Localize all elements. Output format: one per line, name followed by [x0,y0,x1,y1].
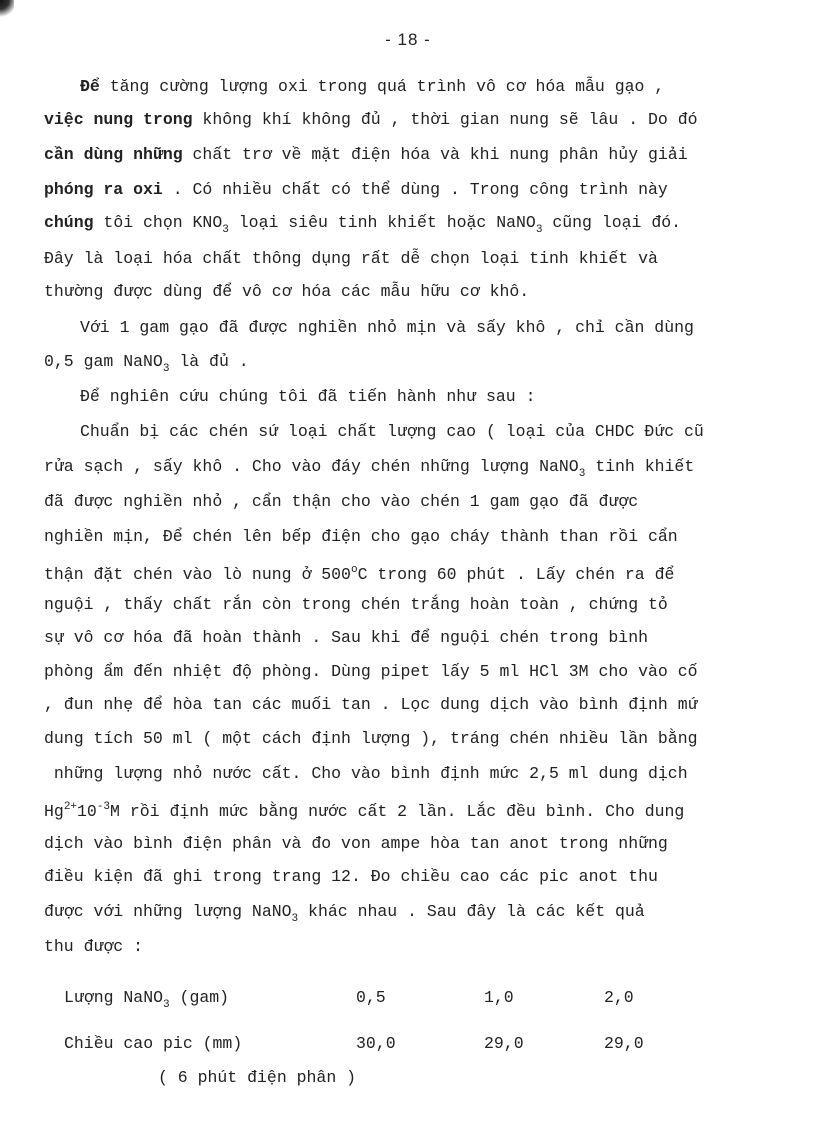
text-line: rửa sạch , sấy khô . Cho vào đáy chén nh… [44,457,694,484]
text-line: phòng ẩm đến nhiệt độ phòng. Dùng pipet … [44,662,698,682]
text-line: những lượng nhỏ nước cất. Cho vào bình đ… [44,764,688,784]
text: Đây là loại hóa chất thông dụng rất dễ c… [44,249,658,268]
text-line: nghiền mịn, Để chén lên bếp điện cho gạo… [44,527,678,547]
text-line: nguội , thấy chất rắn còn trong chén trắ… [44,595,668,615]
text: điều kiện đã ghi trong trang 12. Đo chiề… [44,867,658,886]
superscript: -3 [97,801,110,813]
text-line: dịch vào bình điện phân và đo von ampe h… [44,834,668,854]
text-line: chúng tôi chọn KNO3 loại siêu tinh khiết… [44,213,681,240]
text-line: Để nghiên cứu chúng tôi đã tiến hành như… [80,387,535,407]
row-label: Chiều cao pic (mm) [64,1034,242,1053]
text: được với những lượng NaNO [44,902,292,921]
text: nghiền mịn, Để chén lên bếp điện cho gạo… [44,527,678,546]
text-line: thu được : [44,937,143,957]
text: chất trơ về mặt điện hóa và khi nung phâ… [183,145,688,164]
text-line: sự vô cơ hóa đã hoàn thành . Sau khi để … [44,628,648,648]
text: dịch vào bình điện phân và đo von ampe h… [44,834,668,853]
text: C trong 60 phút . Lấy chén ra để [358,565,675,584]
text: Chuẩn bị các chén sứ loại chất lượng cao… [80,422,704,441]
text: . Có nhiều chất có thể dùng . Trong công… [163,180,668,199]
text: thận đặt chén vào lò nung ở 500 [44,565,351,584]
text: M rồi định mức bằng nước cất 2 lần. Lắc … [110,802,684,821]
text: thường được dùng để vô cơ hóa các mẫu hữ… [44,282,529,301]
table-note: ( 6 phút điện phân ) [158,1068,356,1087]
text-line: phóng ra oxi . Có nhiều chất có thể dùng… [44,180,668,200]
superscript: o [351,564,358,576]
text: nguội , thấy chất rắn còn trong chén trắ… [44,595,668,614]
text-line: Hg2+10-3M rồi định mức bằng nước cất 2 l… [44,797,684,822]
text-line: việc nung trong không khí không đủ , thờ… [44,110,698,130]
text-line: Với 1 gam gạo đã được nghiền nhỏ mịn và … [80,318,694,338]
superscript: 2+ [64,801,77,813]
text: là đủ . [169,352,248,371]
text: cũng loại đó. [542,213,681,232]
text-line: thận đặt chén vào lò nung ở 500oC trong … [44,560,674,585]
bold-text: việc nung trong [44,110,193,129]
text: Lượng NaNO [64,988,163,1007]
text: 10 [77,802,97,821]
text: phòng ẩm đến nhiệt độ phòng. Dùng pipet … [44,662,698,681]
text: tôi chọn KNO [94,213,223,232]
table-cell: 0,5 [356,988,386,1007]
text: , đun nhẹ để hòa tan các muối tan . Lọc … [44,695,698,714]
text: khác nhau . Sau đây là các kết quả [298,902,645,921]
text: Với 1 gam gạo đã được nghiền nhỏ mịn và … [80,318,694,337]
text-line: đã được nghiền nhỏ , cẩn thận cho vào ch… [44,492,638,512]
bold-text: Để [80,77,100,96]
table-cell: 30,0 [356,1034,396,1053]
scan-artifact [0,0,14,18]
text-line: được với những lượng NaNO3 khác nhau . S… [44,902,645,929]
text-line: thường được dùng để vô cơ hóa các mẫu hữ… [44,282,529,302]
table-cell: 2,0 [604,988,634,1007]
bold-text: phóng ra oxi [44,180,163,199]
subscript: 3 [222,224,229,236]
text: Để nghiên cứu chúng tôi đã tiến hành như… [80,387,535,406]
text-line: điều kiện đã ghi trong trang 12. Đo chiề… [44,867,658,887]
text-line: Để tăng cường lượng oxi trong quá trình … [80,77,664,97]
text: dung tích 50 ml ( một cách định lượng ),… [44,729,698,748]
text: tinh khiết [585,457,694,476]
row-label: Lượng NaNO3 (gam) [64,988,229,1011]
bold-text: chúng [44,213,94,232]
text-line: 0,5 gam NaNO3 là đủ . [44,352,249,379]
text: loại siêu tinh khiết hoặc NaNO [229,213,536,232]
text-line: , đun nhẹ để hòa tan các muối tan . Lọc … [44,695,698,715]
table-cell: 29,0 [604,1034,644,1053]
text: (gam) [170,988,229,1007]
text: những lượng nhỏ nước cất. Cho vào bình đ… [44,764,688,783]
text-line: Chuẩn bị các chén sứ loại chất lượng cao… [80,422,704,442]
text: rửa sạch , sấy khô . Cho vào đáy chén nh… [44,457,579,476]
text: tăng cường lượng oxi trong quá trình vô … [100,77,664,96]
page-number: - 18 - [0,30,816,50]
subscript: 3 [163,999,170,1011]
text: đã được nghiền nhỏ , cẩn thận cho vào ch… [44,492,638,511]
text: Chiều cao pic (mm) [64,1034,242,1053]
text: sự vô cơ hóa đã hoàn thành . Sau khi để … [44,628,648,647]
table-cell: 1,0 [484,988,514,1007]
text: Hg [44,802,64,821]
text-line: cần dùng những chất trơ về mặt điện hóa … [44,145,688,165]
bold-text: cần dùng những [44,145,183,164]
text: thu được : [44,937,143,956]
text: không khí không đủ , thời gian nung sẽ l… [193,110,698,129]
table-cell: 29,0 [484,1034,524,1053]
text: 0,5 gam NaNO [44,352,163,371]
text-line: Đây là loại hóa chất thông dụng rất dễ c… [44,249,658,269]
text-line: dung tích 50 ml ( một cách định lượng ),… [44,729,698,749]
